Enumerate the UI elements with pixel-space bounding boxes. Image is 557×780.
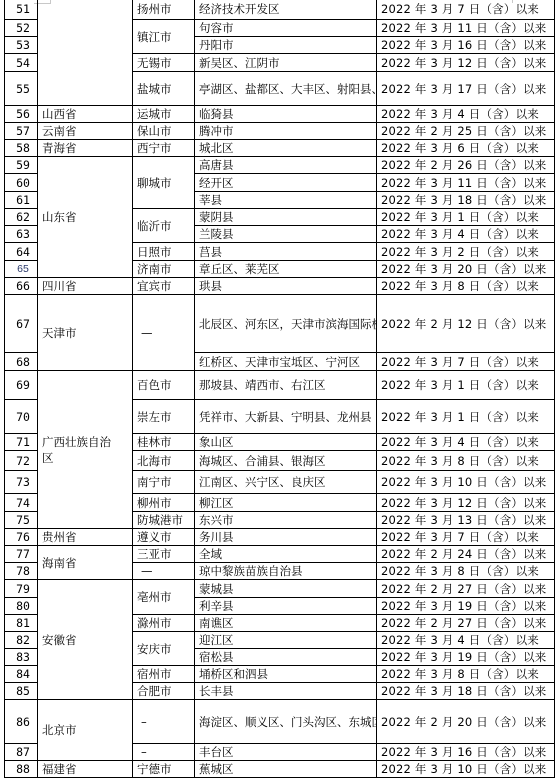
row-number: 86	[5, 700, 38, 744]
table-row: 69 广西壮族自治区 百色市 那坡县、靖西市、右江区 2022 年 3 月 1 …	[5, 371, 555, 400]
city-cell: 日照市	[133, 243, 195, 261]
date-cell: 2022 年 3 月 2 日（含）以来	[377, 243, 555, 261]
row-number: 68	[5, 353, 38, 371]
area-cell: 琼中黎族苗族自治县	[195, 563, 377, 580]
table-row: 86 北京市 – 海淀区、顺义区、门头沟区、东城区、西城区 2022 年 2 月…	[5, 700, 555, 744]
province-cell: 北京市	[38, 700, 133, 761]
row-number: 61	[5, 192, 38, 209]
row-number: 58	[5, 140, 38, 157]
area-cell: 东兴市	[195, 512, 377, 529]
city-cell: 百色市	[133, 371, 195, 400]
row-number: 62	[5, 209, 38, 226]
city-cell: 亳州市	[133, 580, 195, 615]
row-number: 69	[5, 371, 38, 400]
row-number: 80	[5, 598, 38, 615]
province-cell	[38, 0, 133, 106]
area-cell: 蒙城县	[195, 580, 377, 598]
row-number: 55	[5, 72, 38, 106]
city-cell: 崇左市	[133, 400, 195, 434]
city-cell: –	[133, 744, 195, 761]
area-cell: 全域	[195, 546, 377, 563]
date-cell: 2022 年 3 月 4 日（含）以来	[377, 632, 555, 649]
date-cell: 2022 年 3 月 10 日（含）以来	[377, 471, 555, 494]
area-cell: 迎江区	[195, 632, 377, 649]
city-cell: 桂林市	[133, 434, 195, 451]
date-cell: 2022 年 3 月 4 日（含）以来	[377, 226, 555, 243]
province-cell: 青海省	[38, 140, 133, 157]
area-cell: 红桥区、天津市宝坻区、宁河区	[195, 353, 377, 371]
row-number: 64	[5, 243, 38, 261]
city-cell: 宜宾市	[133, 278, 195, 295]
area-cell: 南谯区	[195, 615, 377, 632]
table-row: 77 海南省 三亚市 全域 2022 年 2 月 24 日（含）以来	[5, 546, 555, 563]
date-cell: 2022 年 3 月 12 日（含）以来	[377, 54, 555, 72]
date-cell: 2022 年 3 月 1 日（含）以来	[377, 371, 555, 400]
row-number: 78	[5, 563, 38, 580]
province-cell: 海南省	[38, 546, 133, 580]
city-cell: 保山市	[133, 123, 195, 140]
table-row: 57 云南省 保山市 腾冲市 2022 年 2 月 25 日（含）以来	[5, 123, 555, 140]
table-row: 66 四川省 宜宾市 珙县 2022 年 3 月 8 日（含）以来	[5, 278, 555, 295]
date-cell: 2022 年 3 月 18 日（含）以来	[377, 192, 555, 209]
city-cell: —	[133, 295, 195, 371]
date-cell: 2022 年 3 月 11 日（含）以来	[377, 20, 555, 37]
table-row: 58 青海省 西宁市 城北区 2022 年 3 月 6 日（含）以来	[5, 140, 555, 157]
area-cell: 丰台区	[195, 744, 377, 761]
row-number: 79	[5, 580, 38, 598]
row-number: 74	[5, 494, 38, 512]
date-cell: 2022 年 2 月 12 日（含）以来	[377, 295, 555, 353]
area-cell: 柳江区	[195, 494, 377, 512]
area-cell: 宿松县	[195, 649, 377, 666]
row-number: 57	[5, 123, 38, 140]
city-cell: —	[133, 563, 195, 580]
province-cell: 福建省	[38, 761, 133, 778]
province-cell: 山西省	[38, 106, 133, 123]
province-cell: 安徽省	[38, 580, 133, 700]
row-number: 76	[5, 529, 38, 546]
city-cell: 临沂市	[133, 209, 195, 243]
province-cell: 天津市	[38, 295, 133, 371]
date-cell: 2022 年 3 月 19 日（含）以来	[377, 649, 555, 666]
city-cell: 宁德市	[133, 761, 195, 778]
city-cell: 南宁市	[133, 471, 195, 494]
date-cell: 2022 年 3 月 18 日（含）以来	[377, 683, 555, 700]
row-number: 88	[5, 761, 38, 778]
date-cell: 2022 年 3 月 16 日（含）以来	[377, 744, 555, 761]
row-number: 72	[5, 451, 38, 471]
table-row: 59 山东省 聊城市 高唐县 2022 年 2 月 26 日（含）以来	[5, 157, 555, 174]
row-number: 71	[5, 434, 38, 451]
table-row: 67 天津市 — 北辰区、河东区，天津市滨海国际机场（2 月 12–25 日经停…	[5, 295, 555, 353]
date-cell: 2022 年 3 月 12 日（含）以来	[377, 494, 555, 512]
area-cell: 经济技术开发区	[195, 0, 377, 20]
row-number: 59	[5, 157, 38, 174]
row-number: 81	[5, 615, 38, 632]
city-cell: 遵义市	[133, 529, 195, 546]
area-cell: 经开区	[195, 174, 377, 192]
row-number: 54	[5, 54, 38, 72]
row-number: 63	[5, 226, 38, 243]
table-row: 51 扬州市 经济技术开发区 2022 年 3 月 7 日（含）以来	[5, 0, 555, 20]
date-cell: 2022 年 3 月 4 日（含）以来	[377, 434, 555, 451]
area-cell: 腾冲市	[195, 123, 377, 140]
date-cell: 2022 年 2 月 24 日（含）以来	[377, 546, 555, 563]
city-cell: 济南市	[133, 261, 195, 278]
area-cell: 海城区、合浦县、银海区	[195, 451, 377, 471]
date-cell: 2022 年 3 月 16 日（含）以来	[377, 37, 555, 54]
row-number: 60	[5, 174, 38, 192]
area-cell: 北辰区、河东区，天津市滨海国际机场（2 月 12–25 日经停史）、南开区	[195, 295, 377, 353]
city-cell: 西宁市	[133, 140, 195, 157]
area-cell: 城北区	[195, 140, 377, 157]
area-cell: 海淀区、顺义区、门头沟区、东城区、西城区	[195, 700, 377, 744]
area-cell: 临猗县	[195, 106, 377, 123]
province-cell: 云南省	[38, 123, 133, 140]
area-cell: 那坡县、靖西市、右江区	[195, 371, 377, 400]
area-cell: 务川县	[195, 529, 377, 546]
row-number: 87	[5, 744, 38, 761]
city-cell: 柳州市	[133, 494, 195, 512]
area-cell: 莒县	[195, 243, 377, 261]
date-cell: 2022 年 3 月 8 日（含）以来	[377, 666, 555, 683]
row-number: 85	[5, 683, 38, 700]
area-cell: 莘县	[195, 192, 377, 209]
row-number: 75	[5, 512, 38, 529]
city-cell: 防城港市	[133, 512, 195, 529]
table-row: 88 福建省 宁德市 蕉城区 2022 年 3 月 10 日（含）以来	[5, 761, 555, 778]
date-cell: 2022 年 2 月 20 日（含）以来	[377, 700, 555, 744]
table-row: 79 安徽省 亳州市 蒙城县 2022 年 2 月 27 日（含）以来	[5, 580, 555, 598]
date-cell: 2022 年 3 月 11 日（含）以来	[377, 174, 555, 192]
row-number: 66	[5, 278, 38, 295]
area-cell: 兰陵县	[195, 226, 377, 243]
city-cell: 安庆市	[133, 632, 195, 666]
city-cell: 盐城市	[133, 72, 195, 106]
date-cell: 2022 年 3 月 4 日（含）以来	[377, 106, 555, 123]
row-number: 67	[5, 295, 38, 353]
table-row: 76 贵州省 遵义市 务川县 2022 年 3 月 7 日（含）以来	[5, 529, 555, 546]
area-cell: 蕉城区	[195, 761, 377, 778]
area-text: 亭湖区、盐都区、大丰区、射阳县、	[199, 82, 377, 96]
date-cell: 2022 年 3 月 8 日（含）以来	[377, 451, 555, 471]
city-cell: 北海市	[133, 451, 195, 471]
area-cell: 句容市	[195, 20, 377, 37]
area-cell: 象山区	[195, 434, 377, 451]
province-cell: 山东省	[38, 157, 133, 278]
date-cell: 2022 年 3 月 7 日（含）以来	[377, 0, 555, 20]
date-cell: 2022 年 2 月 27 日（含）以来	[377, 580, 555, 598]
city-cell: 三亚市	[133, 546, 195, 563]
city-cell: 宿州市	[133, 666, 195, 683]
area-cell: 利辛县	[195, 598, 377, 615]
date-cell: 2022 年 3 月 13 日（含）以来	[377, 512, 555, 529]
city-cell: 聊城市	[133, 157, 195, 209]
area-cell: 章丘区、莱芜区	[195, 261, 377, 278]
date-cell: 2022 年 3 月 8 日（含）以来	[377, 278, 555, 295]
date-cell: 2022 年 3 月 19 日（含）以来	[377, 598, 555, 615]
area-cell: 高唐县	[195, 157, 377, 174]
area-cell: 江南区、兴宁区、良庆区	[195, 471, 377, 494]
date-cell: 2022 年 3 月 7 日（含）以来	[377, 529, 555, 546]
date-cell: 2022 年 3 月 7 日（含）以来	[377, 353, 555, 371]
row-number: 84	[5, 666, 38, 683]
row-number: 51	[5, 0, 38, 20]
area-cell: 丹阳市	[195, 37, 377, 54]
row-number: 83	[5, 649, 38, 666]
province-cell: 贵州省	[38, 529, 133, 546]
city-cell: 镇江市	[133, 20, 195, 54]
area-cell: 新吴区、江阴市	[195, 54, 377, 72]
row-number: 65	[5, 261, 38, 278]
area-cell: 亭湖区、盐都区、大丰区、射阳县、滨海县、东台市	[195, 72, 377, 106]
risk-area-table: 51 扬州市 经济技术开发区 2022 年 3 月 7 日（含）以来 52 镇江…	[4, 0, 555, 778]
area-cell: 珙县	[195, 278, 377, 295]
city-cell: –	[133, 700, 195, 744]
date-cell: 2022 年 3 月 8 日（含）以来	[377, 563, 555, 580]
row-number: 73	[5, 471, 38, 494]
row-number: 70	[5, 400, 38, 434]
table-row: 56 山西省 运城市 临猗县 2022 年 3 月 4 日（含）以来	[5, 106, 555, 123]
city-cell: 运城市	[133, 106, 195, 123]
province-cell: 四川省	[38, 278, 133, 295]
area-cell: 蒙阴县	[195, 209, 377, 226]
date-cell: 2022 年 3 月 1 日（含）以来	[377, 209, 555, 226]
row-number: 52	[5, 20, 38, 37]
date-cell: 2022 年 3 月 17 日（含）以来	[377, 72, 555, 106]
area-cell: 埇桥区和泗县	[195, 666, 377, 683]
date-cell: 2022 年 3 月 1 日（含）以来	[377, 400, 555, 434]
date-cell: 2022 年 2 月 25 日（含）以来	[377, 123, 555, 140]
city-cell: 合肥市	[133, 683, 195, 700]
area-cell: 长丰县	[195, 683, 377, 700]
row-number: 53	[5, 37, 38, 54]
province-cell: 广西壮族自治区	[38, 371, 133, 529]
area-cell: 凭祥市、大新县、宁明县、龙州县	[195, 400, 377, 434]
date-cell: 2022 年 3 月 10 日（含）以来	[377, 761, 555, 778]
date-cell: 2022 年 2 月 27 日（含）以来	[377, 615, 555, 632]
row-number: 56	[5, 106, 38, 123]
city-cell: 无锡市	[133, 54, 195, 72]
city-cell: 滁州市	[133, 615, 195, 632]
date-cell: 2022 年 3 月 6 日（含）以来	[377, 140, 555, 157]
row-number: 77	[5, 546, 38, 563]
date-cell: 2022 年 3 月 20 日（含）以来	[377, 261, 555, 278]
city-cell: 扬州市	[133, 0, 195, 20]
date-cell: 2022 年 2 月 26 日（含）以来	[377, 157, 555, 174]
row-number: 82	[5, 632, 38, 649]
